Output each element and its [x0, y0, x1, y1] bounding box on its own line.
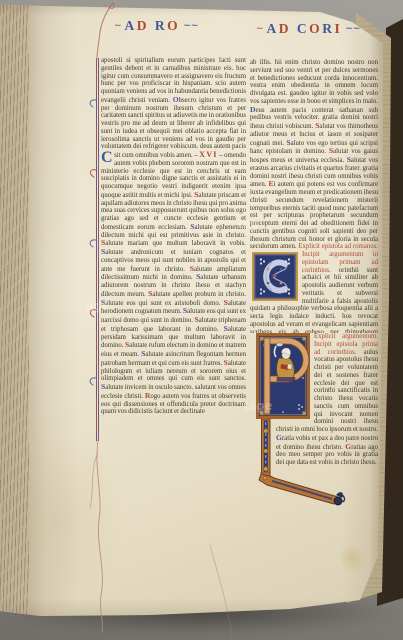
header-letter: O: [309, 21, 322, 36]
header-title: AD CORI: [267, 21, 343, 36]
text-run: XVI: [199, 150, 218, 159]
text-column-left: apostoli si spiritalium eorum participes…: [101, 57, 246, 471]
watermark-fragment: tag: [238, 216, 259, 231]
header-letter: R: [155, 18, 167, 33]
page-stack-gutter: [0, 0, 29, 640]
text-run: Explicit epistola ad romanos.: [298, 243, 378, 250]
text-run: alutate mariam que multum laboravit in v…: [105, 240, 246, 247]
text-run: bsecro igitur vos fratres per dominum no…: [101, 97, 246, 159]
header-letter: C: [297, 21, 309, 36]
manuscript-photo: ~AD RO~~ ~AD CORI~~ apostoli si spirital…: [0, 0, 403, 640]
text-column-right: ab illis. hii enim christo domino nostro…: [250, 59, 378, 479]
running-header-right: ~AD CORI~~: [256, 21, 360, 37]
header-letter: I: [334, 21, 342, 36]
header-letter: R: [322, 21, 334, 36]
header-title: AD RO: [125, 18, 181, 33]
paraph-mark-icon: ~: [114, 21, 122, 31]
header-letter: O: [167, 18, 180, 33]
paraph-mark-icon: ~~: [345, 24, 360, 34]
illuminated-initial-c: [252, 252, 298, 301]
header-letter: D: [137, 18, 149, 33]
header-letter: A: [267, 21, 279, 36]
paraph-mark-icon: ~~: [183, 21, 198, 31]
header-letter: A: [125, 18, 137, 33]
margin-ornament-bar: [96, 58, 99, 441]
running-header-left: ~AD RO~~: [114, 18, 198, 34]
watermark-fragment: age: [86, 298, 110, 313]
header-letter: D: [279, 21, 291, 36]
text-run: –: [218, 152, 223, 159]
paraph-mark-icon: ~: [256, 24, 264, 34]
text-run: ab illis. hii enim christo domino nostro…: [250, 59, 378, 105]
text-run: C: [101, 151, 114, 165]
text-run: i autem qui potens est vos confirmare iu…: [250, 181, 378, 250]
text-run: alutate eos qui sunt ex aristoboli domo.: [105, 300, 223, 307]
watermark-fragment: tage: [244, 398, 273, 413]
text-run: alutate apellen probum in christo.: [152, 291, 246, 298]
illuminated-p-stem: [259, 419, 273, 479]
column-right-upper-text: ab illis. hii enim christo domino nostro…: [250, 59, 378, 333]
